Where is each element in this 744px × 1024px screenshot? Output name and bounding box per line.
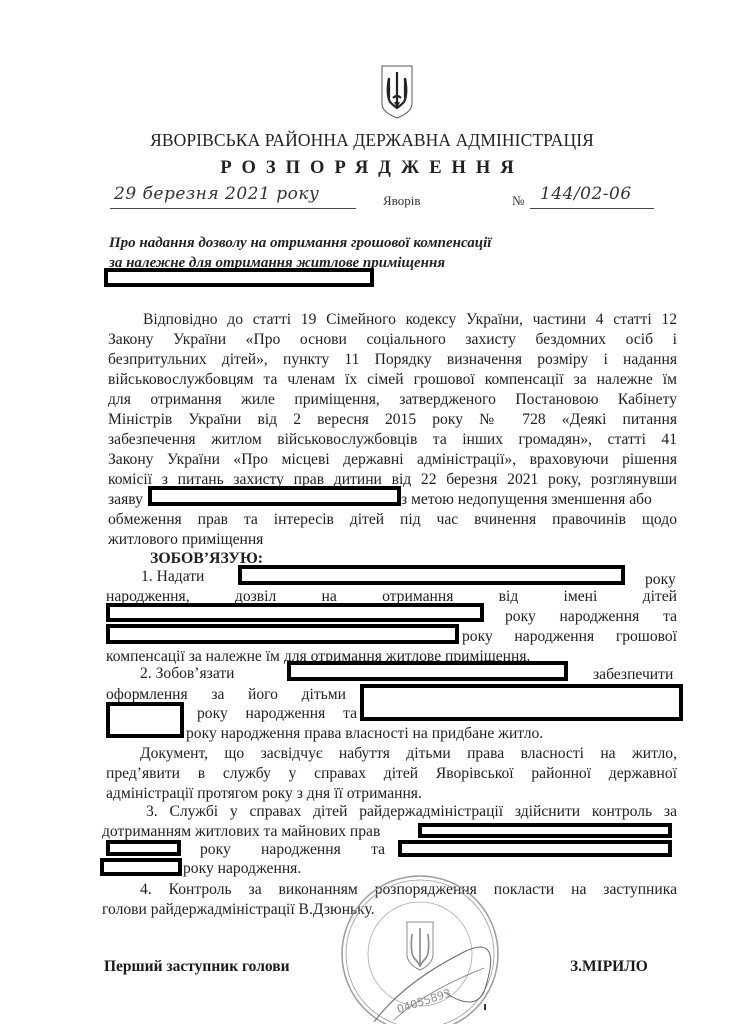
preamble-line: Закону України «Про місцеві державні адм…	[108, 450, 677, 470]
handwritten-date: 29 березня 2021 року	[114, 184, 319, 204]
item-2-text: забезпечити	[593, 665, 673, 685]
redaction-box	[106, 702, 184, 738]
document-note-text: адміністрації протягом року з дня її отр…	[106, 784, 422, 804]
preamble-line: Міністрів України від 2 вересня 2015 рок…	[108, 410, 677, 430]
redaction-box	[106, 624, 459, 644]
item-1-text: року народження грошової	[462, 627, 677, 647]
redaction-box	[148, 486, 401, 506]
redaction-box	[418, 823, 672, 838]
handwritten-doc-number: 144/02-06	[540, 184, 632, 204]
item-3-text: року народження.	[183, 859, 301, 879]
preamble-line: безпритульних дітей», пункту 11 Порядку …	[108, 350, 677, 370]
preamble-line: з метою недопущення зменшення або	[401, 490, 652, 510]
item-1-text: 1. Надати	[141, 567, 204, 587]
item-2-text: року народження та	[197, 704, 357, 724]
preamble-line: для отримання жиле приміщення, затвердже…	[108, 390, 677, 410]
city-label: Яворів	[383, 193, 420, 209]
preamble-line: військовослужбовцям та членам їх сімей г…	[108, 370, 677, 390]
redaction-box	[106, 603, 484, 622]
redaction-box	[104, 268, 374, 287]
preamble-line: заяву	[108, 490, 143, 510]
item-1-text: року народження та	[505, 607, 677, 627]
preamble-line: обмеження прав та інтересів дітей під ча…	[108, 510, 677, 530]
redaction-box	[287, 661, 568, 681]
document-note-text: Документ, що засвідчує набуття дітьми пр…	[140, 744, 677, 764]
redaction-box	[238, 565, 625, 585]
document-type-title: РОЗПОРЯДЖЕННЯ	[0, 158, 744, 179]
organization-name: ЯВОРІВСЬКА РАЙОННА ДЕРЖАВНА АДМІНІСТРАЦІ…	[0, 130, 744, 151]
redaction-box	[106, 840, 181, 856]
official-seal-icon: 04055893	[334, 872, 502, 1024]
subject-line-1: Про надання дозволу на отримання грошово…	[109, 233, 491, 253]
preamble-line: Відповідно до статті 19 Сімейного кодекс…	[143, 310, 677, 330]
item-3-text: дотриманням житлових та майнових прав	[102, 822, 380, 842]
item-3-text: 3. Службі у справах дітей райдержадмініс…	[146, 802, 677, 822]
item-2-text: 2. Зобов’язати	[140, 664, 235, 684]
signatory-name: З.МІРИЛО	[570, 958, 648, 976]
subject-heading: Про надання дозволу на отримання грошово…	[109, 233, 491, 273]
preamble-line: житлового приміщення	[108, 530, 263, 550]
document-note-text: пред’явити в службу у справах дітей Явор…	[106, 764, 677, 784]
signatory-position: Перший заступник голови	[104, 958, 290, 976]
redaction-box	[360, 684, 683, 721]
item-2-text: року народження права власності на придб…	[186, 724, 543, 744]
redaction-box	[398, 840, 672, 857]
redaction-box	[100, 858, 182, 876]
number-sign: №	[512, 193, 524, 209]
preamble-line: забезпечення житлом військовослужбовців …	[108, 430, 677, 450]
ink-mark	[484, 1004, 486, 1010]
preamble-line: Закону України «Про основи соціального з…	[108, 330, 677, 350]
item-3-text: року народження та	[200, 840, 385, 860]
coat-of-arms-icon	[380, 64, 414, 120]
